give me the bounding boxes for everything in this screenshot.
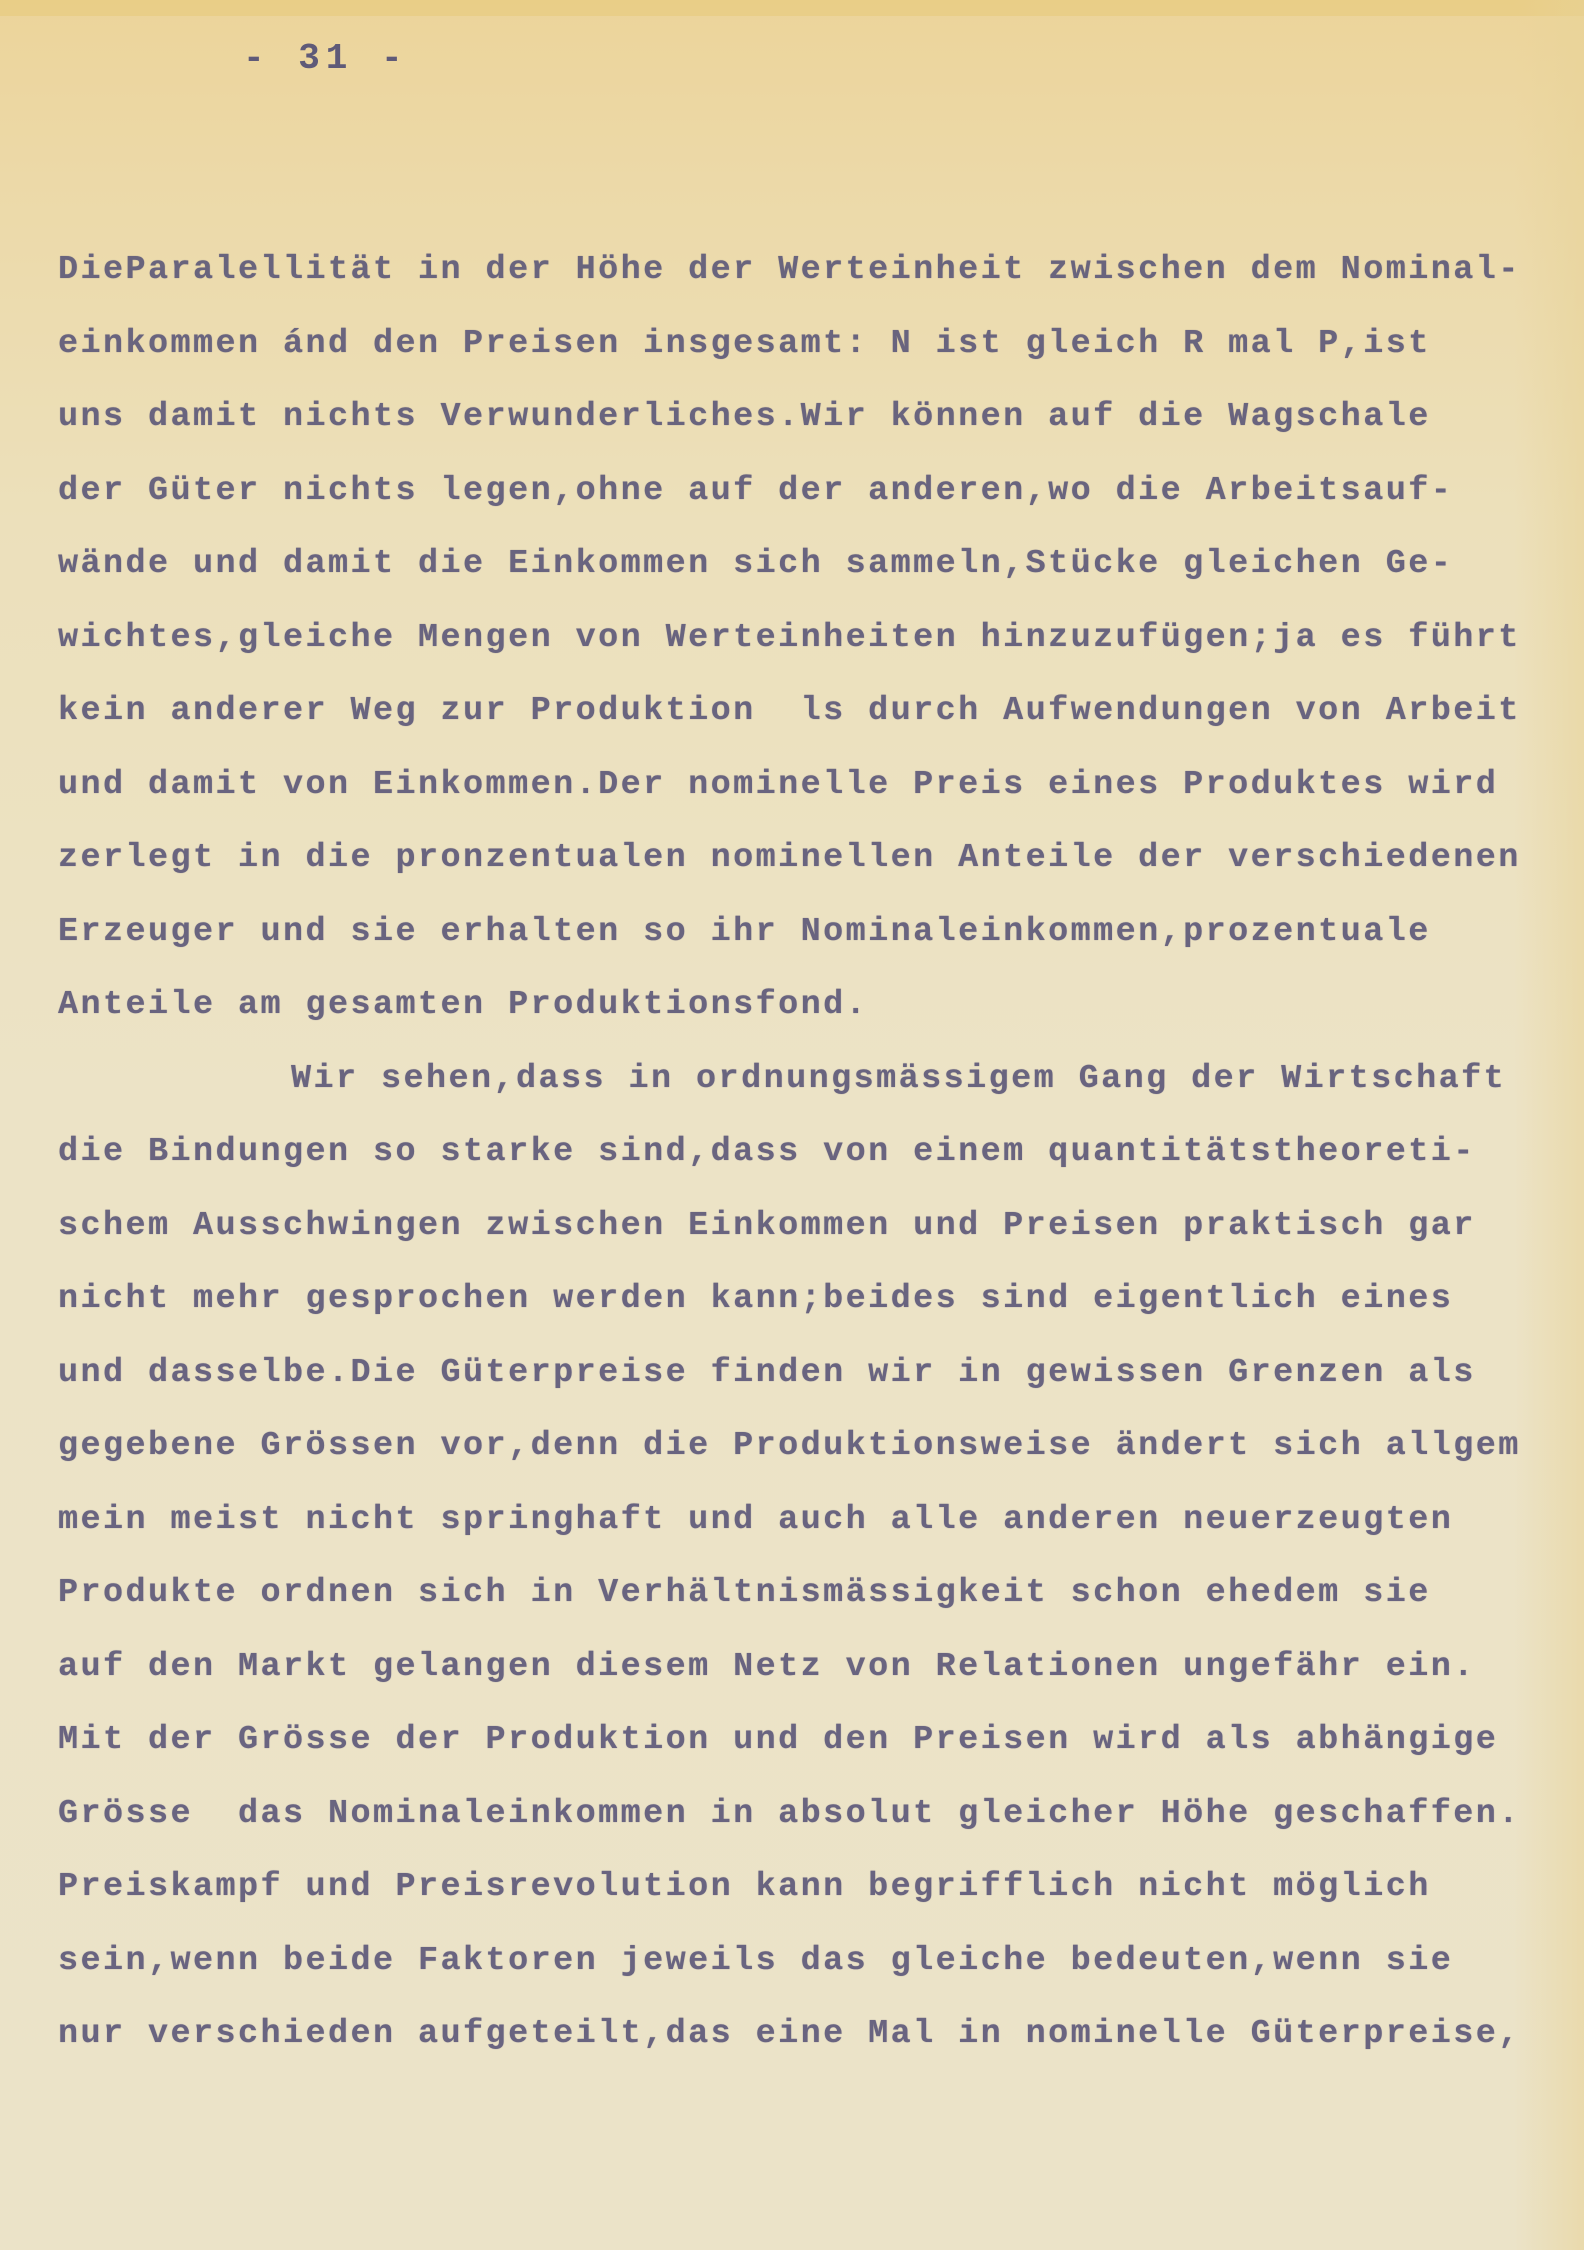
- text-line: auf den Markt gelangen diesem Netz von R…: [58, 1643, 1558, 1717]
- text-line: mein meist nicht springhaft und auch all…: [58, 1496, 1558, 1570]
- text-line: und damit von Einkommen.Der nominelle Pr…: [58, 761, 1558, 835]
- text-line: Produkte ordnen sich in Verhältnismässig…: [58, 1569, 1558, 1643]
- text-line: Mit der Grösse der Produktion und den Pr…: [58, 1716, 1558, 1790]
- paragraph-1: DieParalellität in der Höhe der Werteinh…: [58, 246, 1558, 1055]
- text-line-indented: Wir sehen,dass in ordnungsmässigem Gang …: [58, 1055, 1558, 1129]
- paper-top-edge: [0, 0, 1584, 16]
- text-line: die Bindungen so starke sind,dass von ei…: [58, 1128, 1558, 1202]
- text-line: Anteile am gesamten Produktionsfond.: [58, 981, 1558, 1055]
- text-line: und dasselbe.Die Güterpreise finden wir …: [58, 1349, 1558, 1423]
- text-line: gegebene Grössen vor,denn die Produktion…: [58, 1422, 1558, 1496]
- paragraph-2: Wir sehen,dass in ordnungsmässigem Gang …: [58, 1055, 1558, 2084]
- typewritten-body: DieParalellität in der Höhe der Werteinh…: [58, 246, 1558, 2084]
- text-line: kein anderer Weg zur Produktion ls durch…: [58, 687, 1558, 761]
- text-line: einkommen ánd den Preisen insgesamt: N i…: [58, 320, 1558, 394]
- text-line: zerlegt in die pronzentualen nominellen …: [58, 834, 1558, 908]
- text-line: DieParalellität in der Höhe der Werteinh…: [58, 246, 1558, 320]
- text-line: schem Ausschwingen zwischen Einkommen un…: [58, 1202, 1558, 1276]
- text-line: der Güter nichts legen,ohne auf der ande…: [58, 467, 1558, 541]
- text-line: uns damit nichts Verwunderliches.Wir kön…: [58, 393, 1558, 467]
- text-line: nur verschieden aufgeteilt,das eine Mal …: [58, 2010, 1558, 2084]
- text-line: Grösse das Nominaleinkommen in absolut g…: [58, 1790, 1558, 1864]
- text-line: Erzeuger und sie erhalten so ihr Nominal…: [58, 908, 1558, 982]
- page-number: - 31 -: [243, 38, 409, 79]
- text-line: Preiskampf und Preisrevolution kann begr…: [58, 1863, 1558, 1937]
- text-line: wände und damit die Einkommen sich samme…: [58, 540, 1558, 614]
- text-line: sein,wenn beide Faktoren jeweils das gle…: [58, 1937, 1558, 2011]
- text-line: nicht mehr gesprochen werden kann;beides…: [58, 1275, 1558, 1349]
- text-line: wichtes,gleiche Mengen von Werteinheiten…: [58, 614, 1558, 688]
